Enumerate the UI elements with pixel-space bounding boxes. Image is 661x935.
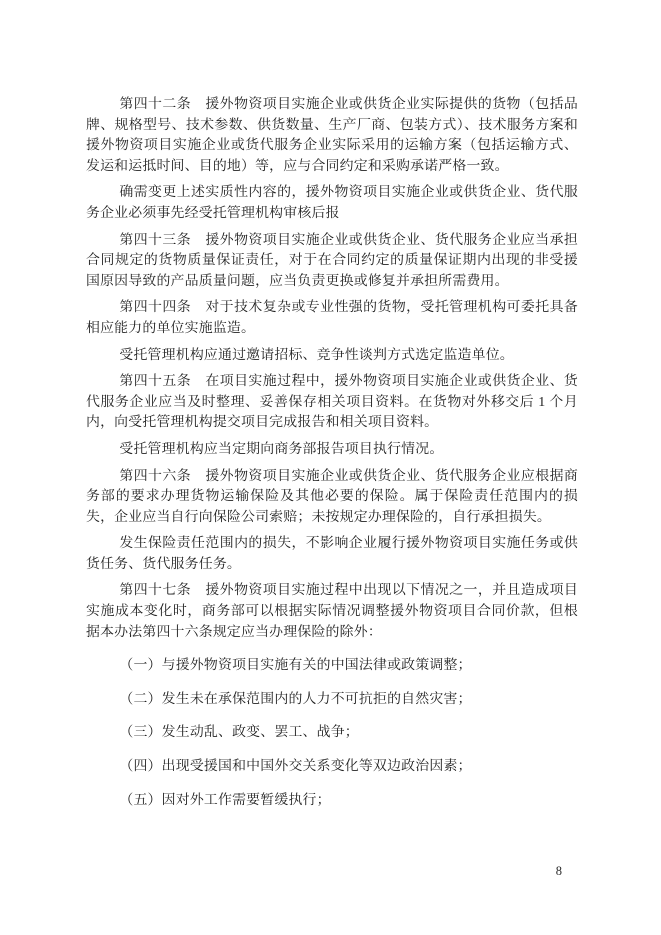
list-item: （四）出现受援国和中国外交关系变化等双边政治因素； (86, 757, 578, 778)
paragraph: 发生保险责任范围内的损失，不影响企业履行援外物资项目实施任务或供货任务、货代服务… (86, 534, 578, 575)
list-item: （二）发生未在承保范围内的人力不可抗拒的自然灾害； (86, 690, 578, 711)
paragraph: 第四十二条 援外物资项目实施企业或供货企业实际提供的货物（包括品牌、规格型号、技… (86, 95, 578, 177)
document-page: 第四十二条 援外物资项目实施企业或供货企业实际提供的货物（包括品牌、规格型号、技… (0, 0, 661, 935)
list-item: （一）与援外物资项目实施有关的中国法律或政策调整； (86, 656, 578, 677)
list-item: （三）发生动乱、政变、罢工、战争； (86, 723, 578, 744)
document-body: 第四十二条 援外物资项目实施企业或供货企业实际提供的货物（包括品牌、规格型号、技… (86, 95, 578, 811)
paragraph: 第四十四条 对于技术复杂或专业性强的货物，受托管理机构可委托具备相应能力的单位实… (86, 298, 578, 339)
paragraph: 第四十七条 援外物资项目实施过程中出现以下情况之一，并且造成项目实施成本变化时，… (86, 581, 578, 643)
page-number: 8 (556, 863, 562, 879)
paragraph: 受托管理机构应通过邀请招标、竞争性谈判方式选定监造单位。 (86, 346, 578, 367)
paragraph: 第四十五条 在项目实施过程中，援外物资项目实施企业或供货企业、货代服务企业应当及… (86, 372, 578, 434)
paragraph: 第四十三条 援外物资项目实施企业或供货企业、货代服务企业应当承担合同规定的货物质… (86, 231, 578, 293)
paragraph: 确需变更上述实质性内容的，援外物资项目实施企业或供货企业、货代服务企业必须事先经… (86, 183, 578, 224)
list-item: （五）因对外工作需要暂缓执行； (86, 791, 578, 812)
paragraph: 第四十六条 援外物资项目实施企业或供货企业、货代服务企业应根据商务部的要求办理货… (86, 467, 578, 529)
paragraph: 受托管理机构应当定期向商务部报告项目执行情况。 (86, 440, 578, 461)
